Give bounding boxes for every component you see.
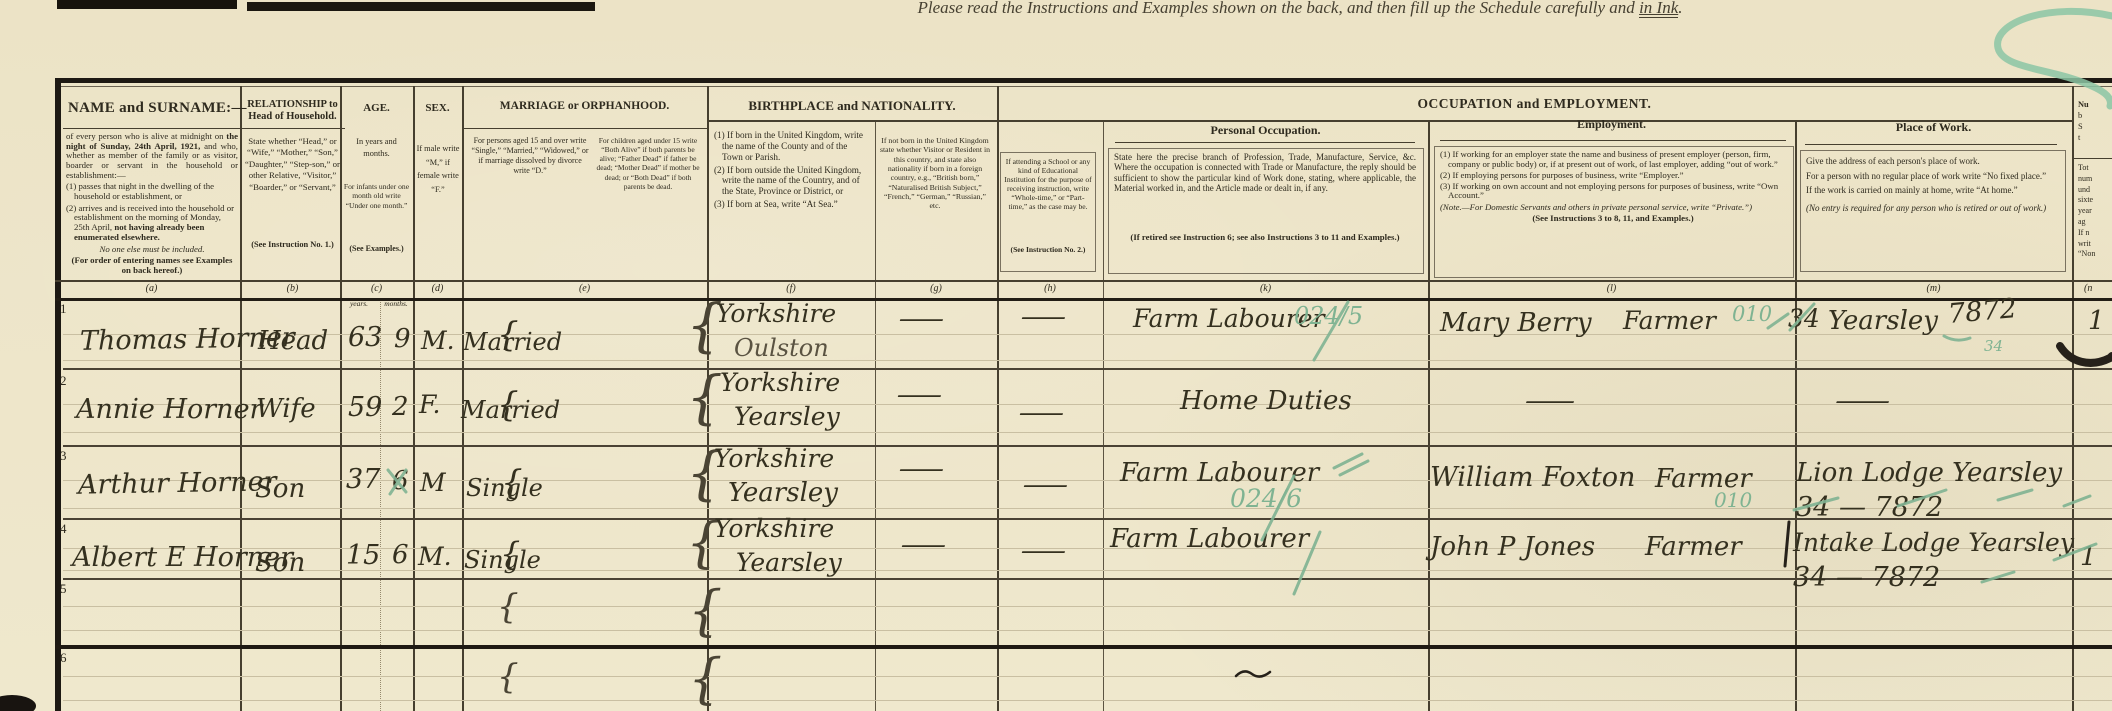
entry-place-dash: —	[1834, 388, 1860, 414]
column-header-employment: Employment.	[1428, 118, 1795, 132]
entry-employer-occupation: Farmer	[1623, 308, 1716, 333]
entry-age-months: 2	[392, 394, 409, 420]
col-letter-l: (l)	[1428, 283, 1795, 294]
entry-sex: M.	[418, 544, 452, 569]
underline-personal-occupation	[1115, 142, 1415, 143]
col-letter-n: (n	[2084, 283, 2112, 294]
registrar-code-green: 010	[1714, 490, 1752, 510]
guide-line	[63, 630, 2112, 631]
column-header-name: NAME and SURNAME:—	[68, 100, 247, 117]
entry-place-line1: Intake Lodge Yearsley	[1793, 530, 2074, 555]
column-header-place-of-work: Place of Work.	[1795, 121, 2072, 135]
entry-age-years: 15	[346, 542, 380, 569]
col-letter-b: (b)	[240, 283, 345, 294]
green-tick-row4-place	[1982, 572, 2014, 582]
entry-age-years: 63	[348, 324, 382, 351]
entry-age-months: 6	[392, 542, 409, 568]
entry-relationship: Son	[255, 476, 305, 502]
letters-row-top-line	[55, 280, 2112, 282]
brace-mark: {	[497, 590, 519, 624]
green-scribble-row3-occupation	[1334, 454, 1368, 475]
entry-education-dash: —	[1018, 400, 1044, 426]
entry-place-ref: 7872	[1947, 295, 2018, 328]
instruction-text: Please read the Instructions and Example…	[917, 0, 1639, 17]
underline-employment	[1440, 140, 1786, 141]
row-number: 1	[60, 301, 67, 317]
lastcol-frag: year	[2078, 206, 2112, 217]
dash-mark: —	[1524, 388, 1576, 414]
birthplace-item-3: (3) If born at Sea, write “At Sea.”	[714, 199, 866, 210]
entry-place-line1: Lion Lodge Yearsley	[1796, 460, 2062, 486]
dash-mark: —	[1020, 538, 1067, 564]
employment-note-2: (See Instructions 3 to 8, 11, and Exampl…	[1440, 214, 1786, 224]
entry-birth-parish: Oulston	[734, 336, 829, 360]
registrar-code-green: 024/5	[1294, 304, 1363, 328]
entry-birth-parish: Yearsley	[736, 550, 842, 575]
entry-employer: Mary Berry	[1440, 310, 1592, 336]
table-left-border	[55, 78, 61, 711]
column-header-relationship: RELATIONSHIP to Head of Household.	[242, 99, 343, 123]
column-note-relationship: (See Instruction No. 1.)	[242, 240, 343, 250]
column-note-age: (See Examples.)	[342, 244, 411, 253]
column-desc-sex: If male write “M,” if female write “F.”	[416, 142, 460, 197]
entry-employer: John P Jones	[1430, 534, 1595, 560]
entry-place-line2: 34 — 7872	[1793, 564, 1940, 591]
row-number: 2	[60, 373, 67, 389]
col-letter-f: (f)	[707, 283, 875, 294]
entry-sex: M.	[421, 328, 455, 353]
entry-nationality-dash: —	[898, 306, 924, 332]
underline-place-of-work	[1805, 144, 2057, 145]
guide-line	[63, 700, 2112, 701]
entry-birth-parish: Yearsley	[734, 404, 840, 429]
col-line-k	[1103, 122, 1104, 711]
entry-nationality-dash: —	[898, 456, 924, 482]
last-col-divider	[2072, 158, 2112, 159]
employment-item-3: (3) If working on own account and not em…	[1440, 182, 1786, 202]
lastcol-frag: b	[2078, 111, 2112, 122]
lastcol-frag: num	[2078, 174, 2112, 185]
group-header-birthplace: BIRTHPLACE and NATIONALITY.	[707, 99, 997, 114]
lastcol-frag: sixte	[2078, 195, 2112, 206]
cutoff-heading-bar-right	[247, 2, 595, 11]
place-item-1: Give the address of each person's place …	[1806, 156, 2058, 167]
entry-place-number: 34	[1788, 306, 1820, 331]
col-line-n	[2072, 86, 2074, 711]
column-desc-nationality: If not born in the United Kingdom state …	[878, 136, 992, 211]
dash-mark: —	[898, 456, 945, 482]
dash-mark: —	[1022, 472, 1069, 498]
registrar-code-green: 34	[1984, 339, 2003, 354]
brace-mark: {	[686, 368, 723, 426]
column-desc-birthplace: (1) If born in the United Kingdom, write…	[714, 130, 866, 210]
col-letter-e: (e)	[462, 283, 707, 294]
row-number: 5	[60, 581, 67, 597]
entry-birth-county: Yorkshire	[714, 516, 834, 541]
col-letter-a: (a)	[63, 283, 240, 294]
entry-name: Arthur Horner	[78, 468, 277, 498]
entry-employer-occupation: Farmer	[1645, 534, 1742, 560]
lastcol-frag: Tot	[2078, 163, 2112, 174]
place-note: (No entry is required for any person who…	[1806, 203, 2058, 214]
dash-mark: —	[898, 306, 945, 332]
place-item-3: If the work is carried on mainly at home…	[1806, 185, 2058, 196]
col-line-m	[1795, 122, 1797, 711]
column-header-personal-occupation: Personal Occupation.	[1103, 124, 1428, 138]
instruction-period: .	[1678, 0, 1682, 17]
column-desc-relationship: State whether “Head,” or “Wife,” “Mother…	[242, 136, 343, 193]
entry-occupation: Home Duties	[1180, 388, 1352, 414]
name-desc-1: of every person who is alive at midnight…	[66, 131, 226, 141]
entry-sex: M	[420, 470, 446, 495]
underline-birthplace-group	[707, 120, 997, 122]
lastcol-frag: ag	[2078, 217, 2112, 228]
employment-item-2: (2) If employing persons for purposes of…	[1440, 171, 1786, 181]
entry-relationship: Son	[255, 550, 305, 576]
ink-blot-bottom-left	[0, 695, 36, 711]
brace-mark: {	[688, 652, 722, 706]
row-number: 3	[60, 448, 67, 464]
dash-mark: —	[1834, 388, 1891, 414]
column-desc-age-2: For infants under one month old write “U…	[342, 182, 411, 210]
brace-mark: {	[497, 660, 519, 694]
employment-item-1: (1) If working for an employer state the…	[1440, 150, 1786, 170]
instruction-emph: in Ink	[1639, 0, 1678, 18]
entry-education-dash: —	[1022, 472, 1048, 498]
place-item-2: For a person with no regular place of wo…	[1806, 171, 2058, 182]
lastcol-frag: If n	[2078, 228, 2112, 239]
col-line-d	[413, 86, 415, 711]
col-letter-c: (c)	[340, 283, 413, 294]
underline-marriage	[462, 128, 707, 129]
column-desc-name: of every person who is alive at midnight…	[66, 132, 238, 275]
row-sep-5-thick	[55, 645, 2112, 649]
col-letter-g: (g)	[875, 283, 997, 294]
column-desc-place-of-work: Give the address of each person's place …	[1806, 156, 2058, 213]
column-note-personal-occupation: (If retired see Instruction 6; see also …	[1114, 232, 1416, 243]
entry-relationship: Head	[258, 328, 328, 354]
guide-line	[63, 432, 2112, 433]
entry-employer-dash: —	[1524, 388, 1550, 414]
column-header-last-cutoff: Nu b S t	[2078, 100, 2112, 144]
entry-education-dash: —	[1020, 304, 1046, 330]
entry-birth-county: Yorkshire	[716, 301, 836, 326]
col-letter-h: (h)	[997, 283, 1103, 294]
entry-employer: William Foxton	[1430, 464, 1635, 491]
dash-mark: —	[1020, 304, 1067, 330]
entry-occupation: Farm Labourer	[1120, 460, 1319, 486]
col-line-l	[1428, 122, 1430, 711]
name-note-2: (For order of entering names see Example…	[66, 256, 238, 275]
entry-age-months: 6	[392, 468, 409, 494]
column-desc-last-cutoff: Tot num und sixte year ag If n writ “Non	[2078, 163, 2112, 260]
entry-age-years: 59	[348, 394, 382, 421]
lastcol-frag: writ	[2078, 239, 2112, 250]
green-stamp-curve	[1998, 11, 2112, 106]
group-header-occupation: OCCUPATION and EMPLOYMENT.	[997, 96, 2072, 111]
table-top-border	[55, 78, 2112, 83]
dash-mark: —	[896, 382, 943, 408]
column-desc-education: If attending a School or any kind of Edu…	[1004, 158, 1092, 212]
entry-place-line2: 34 — 7872	[1796, 494, 1943, 521]
column-header-marriage: MARRIAGE or ORPHANHOOD.	[462, 100, 707, 113]
age-subheader-months: months.	[378, 300, 414, 309]
lastcol-frag: “Non	[2078, 249, 2112, 260]
guide-line	[63, 360, 2112, 361]
col-line-g	[875, 122, 876, 711]
entry-name: Annie Horner	[76, 396, 262, 423]
entry-nationality-dash: —	[900, 532, 926, 558]
col-line-h	[997, 86, 999, 711]
age-years-months-divider	[380, 300, 381, 711]
lastcol-frag: S	[2078, 122, 2112, 133]
brace-mark: {	[500, 538, 520, 570]
column-header-age: AGE.	[340, 102, 413, 115]
column-header-sex: SEX.	[413, 102, 462, 115]
schedule-instruction-note: Please read the Instructions and Example…	[600, 0, 2000, 17]
entry-education-dash: —	[1020, 538, 1046, 564]
entry-nationality-dash: —	[896, 382, 922, 408]
entry-dependents: 1	[2088, 308, 2105, 334]
brace-mark: {	[501, 466, 523, 500]
column-desc-marriage-1: For persons aged 15 and over write “Sing…	[470, 136, 590, 176]
guide-line	[63, 606, 2112, 607]
column-desc-age-1: In years and months.	[342, 136, 411, 161]
column-note-education: (See Instruction No. 2.)	[1004, 246, 1092, 255]
column-desc-marriage-2: For children aged under 15 write “Both A…	[594, 136, 702, 191]
name-note-1: No one else must be included.	[66, 245, 238, 255]
age-subheader-years: years.	[338, 300, 380, 309]
employment-note-1: (Note.—For Domestic Servants and others …	[1440, 203, 1786, 213]
green-tick-row3-rightcol	[2064, 496, 2090, 506]
column-desc-personal-occupation: State here the precise branch of Profess…	[1114, 152, 1416, 193]
lastcol-frag: Nu	[2078, 100, 2112, 111]
row-sep-2	[63, 445, 2112, 447]
underline-name-rel	[63, 128, 345, 129]
green-squiggle-row1-place-ref	[1944, 336, 1970, 340]
entry-birth-parish: Yearsley	[728, 480, 838, 506]
brace-mark: {	[497, 318, 519, 352]
col-letter-d: (d)	[413, 283, 462, 294]
dash-mark: —	[900, 532, 947, 558]
entry-sex: F.	[419, 392, 440, 417]
col-letter-m: (m)	[1795, 283, 2072, 294]
brace-mark: {	[497, 388, 519, 422]
entry-birth-county: Yorkshire	[714, 446, 834, 471]
cutoff-heading-bar-left	[57, 0, 237, 9]
brace-mark: {	[688, 584, 722, 638]
entry-occupation: Farm Labourer	[1110, 526, 1309, 552]
column-desc-employment: (1) If working for an employer state the…	[1440, 150, 1786, 224]
entry-birth-county: Yorkshire	[720, 370, 840, 395]
entry-age-months: 9	[394, 326, 411, 352]
entry-place-name: Yearsley	[1828, 308, 1938, 334]
ink-stroke-row4-employment	[1785, 522, 1789, 566]
birthplace-item-2: (2) If born outside the United Kingdom, …	[714, 165, 866, 198]
name-item-1: (1) passes that night in the dwelling of…	[66, 182, 238, 201]
guide-line	[63, 676, 2112, 677]
row-number: 6	[60, 650, 67, 666]
registrar-code-green: 024/6	[1230, 486, 1302, 511]
entry-dependents: 1	[2080, 544, 2097, 570]
census-schedule-page: Please read the Instructions and Example…	[0, 0, 2112, 711]
lastcol-frag: und	[2078, 185, 2112, 196]
row-number: 4	[60, 521, 67, 537]
lastcol-frag: t	[2078, 133, 2112, 144]
row-sep-1	[63, 368, 2112, 370]
birthplace-item-1: (1) If born in the United Kingdom, write…	[714, 130, 866, 163]
registrar-code-green: 010	[1732, 304, 1772, 325]
entry-relationship: Wife	[256, 396, 316, 422]
entry-age-years: 37	[346, 466, 380, 493]
table-top-inner-line	[55, 86, 2112, 87]
dash-mark: —	[1018, 400, 1065, 426]
col-letter-k: (k)	[1103, 283, 1428, 294]
